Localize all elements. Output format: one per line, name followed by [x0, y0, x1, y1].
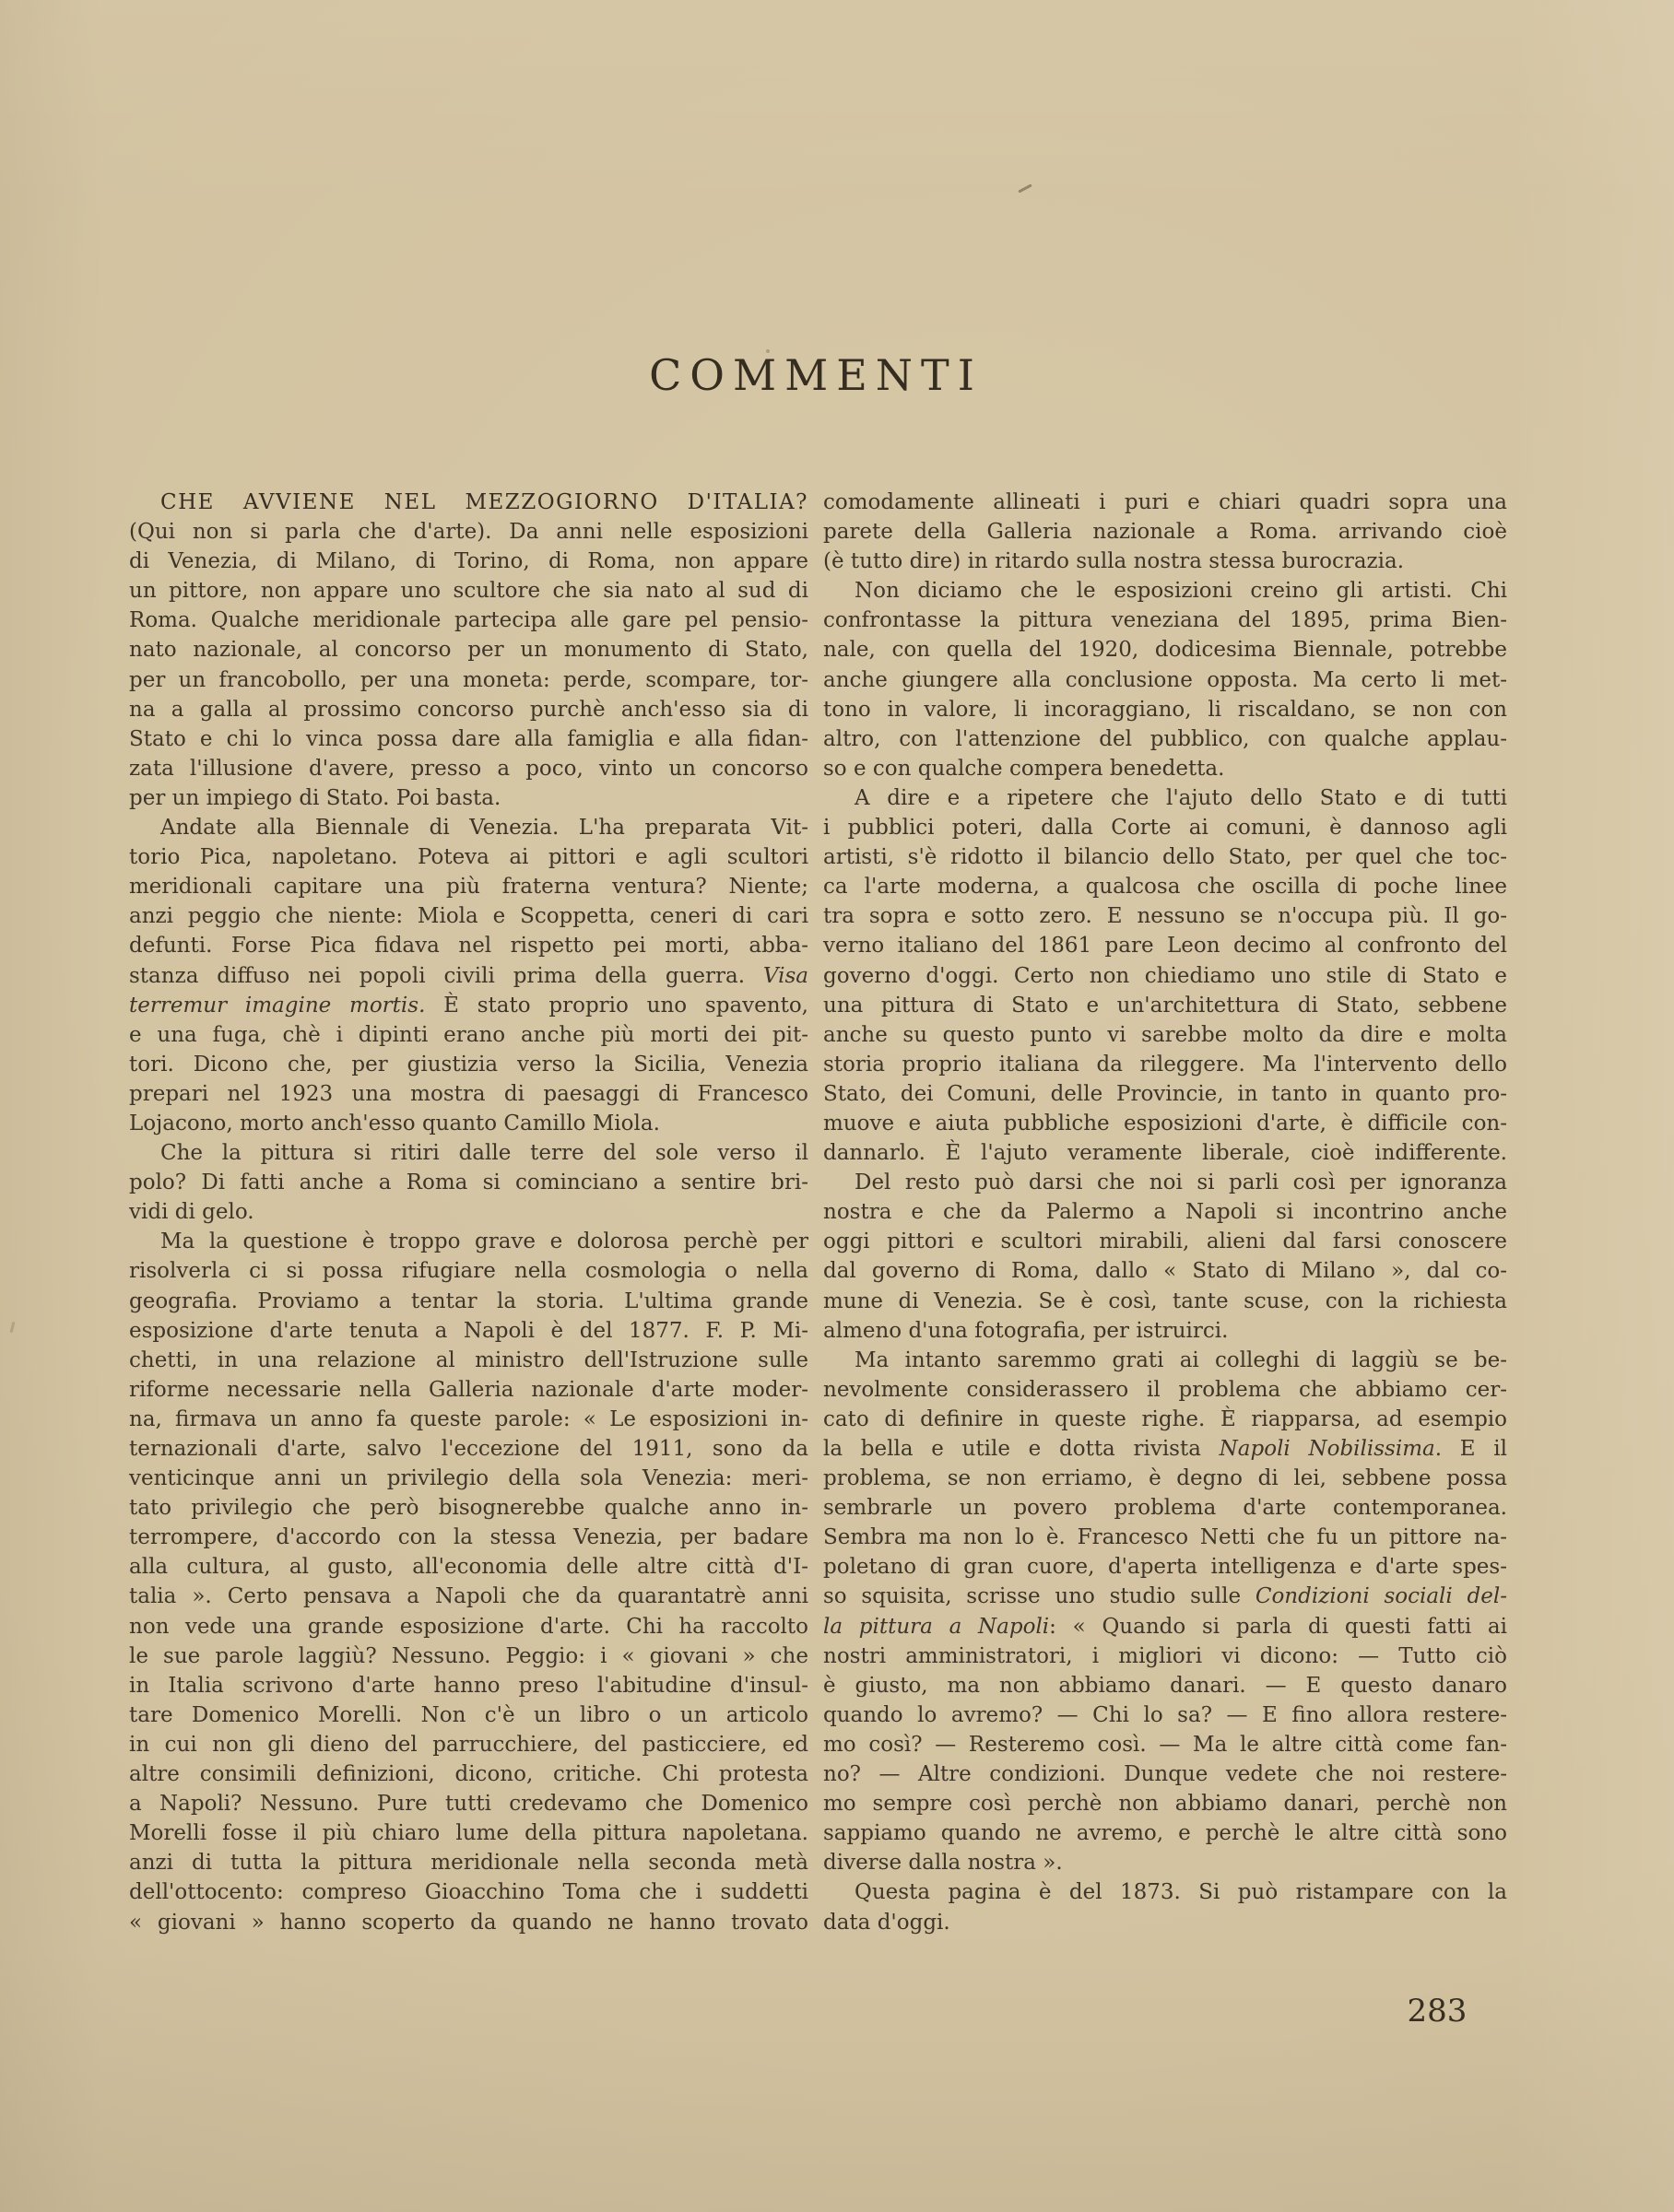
text-segment: parete della Galleria nazionale a Roma. … — [823, 520, 1507, 544]
text-segment: tato privilegio che però bisognerebbe qu… — [129, 1496, 808, 1520]
text-line: A dire e a ripetere che l'ajuto dello St… — [823, 783, 1507, 813]
text-segment: altre consimili definizioni, dicono, cri… — [129, 1762, 808, 1786]
text-segment: verno italiano del 1861 pare Leon decimo… — [823, 934, 1507, 958]
text-segment: dannarlo. È l'ajuto veramente liberale, … — [823, 1141, 1507, 1165]
text-segment: tra sopra e sotto zero. E nessuno se n'o… — [823, 904, 1507, 928]
text-segment: è giusto, ma non abbiamo danari. — E que… — [823, 1674, 1507, 1698]
text-segment: non vede una grande esposizione d'arte. … — [129, 1615, 808, 1639]
text-segment: anche su questo punto vi sarebbe molto d… — [823, 1023, 1507, 1047]
text-line: (è tutto dire) in ritardo sulla nostra s… — [823, 547, 1507, 576]
text-segment: È stato proprio uno spavento, — [425, 994, 808, 1018]
text-segment: a Napoli? Nessuno. Pure tutti credevamo … — [129, 1792, 808, 1816]
text-segment: cato di definire in queste righe. È riap… — [823, 1407, 1507, 1431]
text-line: ternazionali d'arte, salvo l'eccezione d… — [129, 1434, 808, 1464]
text-line: i pubblici poteri, dalla Corte ai comuni… — [823, 813, 1507, 842]
italic-text-segment: Visa — [763, 964, 808, 988]
text-line: nato nazionale, al concorso per un monum… — [129, 635, 808, 665]
text-line: e una fuga, chè i dipinti erano anche pi… — [129, 1020, 808, 1050]
text-line: in cui non gli dieno del parrucchiere, d… — [129, 1730, 808, 1759]
text-segment: nato nazionale, al concorso per un monum… — [129, 638, 808, 662]
text-segment: di Venezia, di Milano, di Torino, di Rom… — [129, 549, 808, 573]
text-line: polo? Di fatti anche a Roma si comincian… — [129, 1168, 808, 1197]
text-line: in Italia scrivono d'arte hanno preso l'… — [129, 1671, 808, 1700]
text-segment: : « Quando si parla di questi fatti ai — [1049, 1615, 1507, 1639]
text-line: tato privilegio che però bisognerebbe qu… — [129, 1493, 808, 1523]
text-line: tare Domenico Morelli. Non c'è un libro … — [129, 1700, 808, 1730]
text-segment: governo d'oggi. Certo non chiediamo uno … — [823, 964, 1507, 988]
text-segment: ternazionali d'arte, salvo l'eccezione d… — [129, 1437, 808, 1461]
text-line: Roma. Qualche meridionale partecipa alle… — [129, 606, 808, 635]
text-segment: nevolmente considerassero il problema ch… — [823, 1378, 1507, 1402]
text-segment: nostri amministratori, i migliori vi dic… — [823, 1644, 1507, 1668]
text-segment: prepari nel 1923 una mostra di paesaggi … — [129, 1082, 808, 1106]
text-segment: in Italia scrivono d'arte hanno preso l'… — [129, 1674, 808, 1698]
text-line: Questa pagina è del 1873. Si può ristamp… — [823, 1877, 1507, 1907]
text-line: terrompere, d'accordo con la stessa Vene… — [129, 1523, 808, 1552]
text-line: (Qui non si parla che d'arte). Da anni n… — [129, 517, 808, 547]
text-line: Che la pittura si ritiri dalle terre del… — [129, 1138, 808, 1168]
text-segment: vidi di gelo. — [129, 1200, 254, 1224]
text-line: Stato e chi lo vinca possa dare alla fam… — [129, 724, 808, 754]
text-segment: so squisita, scrisse uno studio sulle — [823, 1584, 1255, 1608]
text-segment: A dire e a ripetere che l'ajuto dello St… — [855, 786, 1507, 810]
text-line: non vede una grande esposizione d'arte. … — [129, 1612, 808, 1641]
text-line: una pittura di Stato e un'architettura d… — [823, 991, 1507, 1020]
scanned-page: COMMENTI CHE AVVIENE NEL MEZZOGIORNO D'I… — [0, 0, 1674, 2212]
text-segment: stanza diffuso nei popoli civili prima d… — [129, 964, 763, 988]
text-segment: una pittura di Stato e un'architettura d… — [823, 994, 1507, 1018]
text-line: prepari nel 1923 una mostra di paesaggi … — [129, 1079, 808, 1109]
text-segment: Ma intanto saremmo grati ai colleghi di … — [855, 1348, 1507, 1372]
text-segment: altro, con l'attenzione del pubblico, co… — [823, 727, 1507, 751]
text-line: la bella e utile e dotta rivista Napoli … — [823, 1434, 1507, 1464]
text-line: muove e aiuta pubbliche esposizioni d'ar… — [823, 1109, 1507, 1138]
text-line: chetti, in una relazione al ministro del… — [129, 1346, 808, 1375]
text-segment: Non diciamo che le esposizioni creino gl… — [855, 579, 1507, 603]
text-line: sembrarle un povero problema d'arte cont… — [823, 1493, 1507, 1523]
text-segment: storia proprio italiana da rileggere. Ma… — [823, 1053, 1507, 1077]
text-segment: dal governo di Roma, dallo « Stato di Mi… — [823, 1259, 1507, 1283]
text-segment: riforme necessarie nella Galleria nazion… — [129, 1378, 808, 1402]
text-segment: almeno d'una fotografia, per istruirci. — [823, 1319, 1228, 1343]
text-line: altro, con l'attenzione del pubblico, co… — [823, 724, 1507, 754]
text-line: diverse dalla nostra ». — [823, 1848, 1507, 1877]
text-line: « giovani » hanno scoperto da quando ne … — [129, 1908, 808, 1937]
text-line: vidi di gelo. — [129, 1197, 808, 1227]
text-line: a Napoli? Nessuno. Pure tutti credevamo … — [129, 1789, 808, 1818]
text-line: Non diciamo che le esposizioni creino gl… — [823, 576, 1507, 606]
text-segment: no? — Altre condizioni. Dunque vedete ch… — [823, 1762, 1507, 1786]
text-line: anzi di tutta la pittura meridionale nel… — [129, 1848, 808, 1877]
text-line: meridionali capitare una più fraterna ve… — [129, 872, 808, 901]
page-number: 283 — [1391, 1993, 1483, 2030]
text-line: nevolmente considerassero il problema ch… — [823, 1375, 1507, 1405]
text-line: tono in valore, li incoraggiano, li risc… — [823, 695, 1507, 724]
text-segment: e una fuga, chè i dipinti erano anche pi… — [129, 1023, 808, 1047]
text-line: dannarlo. È l'ajuto veramente liberale, … — [823, 1138, 1507, 1168]
text-segment: quando lo avremo? — Chi lo sa? — E fino … — [823, 1703, 1507, 1727]
page-title: COMMENTI — [120, 352, 1512, 399]
text-segment: diverse dalla nostra ». — [823, 1851, 1063, 1875]
text-segment: polo? Di fatti anche a Roma si comincian… — [129, 1171, 808, 1194]
text-line: problema, se non erriamo, è degno di lei… — [823, 1464, 1507, 1493]
text-line: Morelli fosse il più chiaro lume della p… — [129, 1818, 808, 1848]
text-line: stanza diffuso nei popoli civili prima d… — [129, 961, 808, 991]
text-segment: . E il — [1435, 1437, 1507, 1461]
text-line: mune di Venezia. Se è così, tante scuse,… — [823, 1287, 1507, 1316]
text-line: esposizione d'arte tenuta a Napoli è del… — [129, 1316, 808, 1346]
text-line: tra sopra e sotto zero. E nessuno se n'o… — [823, 901, 1507, 931]
text-segment: so e con qualche compera benedetta. — [823, 757, 1224, 781]
text-segment: data d'oggi. — [823, 1911, 950, 1935]
text-segment: risolverla ci si possa rifugiare nella c… — [129, 1259, 808, 1283]
text-line: Lojacono, morto anch'esso quanto Camillo… — [129, 1109, 808, 1138]
text-segment: mune di Venezia. Se è così, tante scuse,… — [823, 1289, 1507, 1313]
text-segment: per un francobollo, per una moneta: perd… — [129, 668, 808, 692]
text-line: sappiamo quando ne avremo, e perchè le a… — [823, 1818, 1507, 1848]
text-line: geografia. Proviamo a tentar la storia. … — [129, 1287, 808, 1316]
text-segment: Questa pagina è del 1873. Si può ristamp… — [855, 1880, 1507, 1904]
text-segment: Stato e chi lo vinca possa dare alla fam… — [129, 727, 808, 751]
text-segment: terrompere, d'accordo con la stessa Vene… — [129, 1525, 808, 1549]
text-line: un pittore, non appare uno scultore che … — [129, 576, 808, 606]
text-segment: Morelli fosse il più chiaro lume della p… — [129, 1821, 808, 1845]
text-segment: (è tutto dire) in ritardo sulla nostra s… — [823, 549, 1404, 573]
text-line: altre consimili definizioni, dicono, cri… — [129, 1759, 808, 1789]
text-line: nostri amministratori, i migliori vi dic… — [823, 1641, 1507, 1671]
text-segment: nostra e che da Palermo a Napoli si inco… — [823, 1200, 1507, 1224]
text-segment: Stato, dei Comuni, delle Provincie, in t… — [823, 1082, 1507, 1106]
text-segment: problema, se non erriamo, è degno di lei… — [823, 1466, 1507, 1490]
text-segment: venticinque anni un privilegio della sol… — [129, 1466, 808, 1490]
text-line: tori. Dicono che, per giustizia verso la… — [129, 1050, 808, 1079]
text-segment: la bella e utile e dotta rivista — [823, 1437, 1220, 1461]
text-line: anche giungere alla conclusione opposta.… — [823, 665, 1507, 695]
text-segment: defunti. Forse Pica fidava nel rispetto … — [129, 934, 808, 958]
text-segment: confrontasse la pittura veneziana del 18… — [823, 608, 1507, 632]
text-line: parete della Galleria nazionale a Roma. … — [823, 517, 1507, 547]
text-segment: na, firmava un anno fa queste parole: « … — [129, 1407, 808, 1431]
text-segment: Ma la questione è troppo grave e doloros… — [160, 1230, 808, 1253]
text-segment: mo sempre così perchè non abbiamo danari… — [823, 1792, 1507, 1816]
text-segment: anche giungere alla conclusione opposta.… — [823, 668, 1507, 692]
text-segment: sappiamo quando ne avremo, e perchè le a… — [823, 1821, 1507, 1845]
text-line: talia ». Certo pensava a Napoli che da q… — [129, 1582, 808, 1611]
text-segment: Sembra ma non lo è. Francesco Netti che … — [823, 1525, 1507, 1549]
text-segment: Lojacono, morto anch'esso quanto Camillo… — [129, 1112, 660, 1135]
italic-text-segment: Condizioni sociali del- — [1255, 1584, 1507, 1608]
text-line: per un impiego di Stato. Poi basta. — [129, 783, 808, 813]
text-segment: CHE AVVIENE NEL MEZZOGIORNO D'ITALIA? — [160, 490, 808, 514]
text-line: zata l'illusione d'avere, presso a poco,… — [129, 754, 808, 783]
text-line: torio Pica, napoletano. Poteva ai pittor… — [129, 842, 808, 872]
text-segment: i pubblici poteri, dalla Corte ai comuni… — [823, 816, 1507, 840]
text-line: di Venezia, di Milano, di Torino, di Rom… — [129, 547, 808, 576]
text-segment: meridionali capitare una più fraterna ve… — [129, 875, 808, 899]
text-segment: le sue parole laggiù? Nessuno. Peggio: i… — [129, 1644, 808, 1668]
text-line: venticinque anni un privilegio della sol… — [129, 1464, 808, 1493]
text-line: storia proprio italiana da rileggere. Ma… — [823, 1050, 1507, 1079]
text-line: Sembra ma non lo è. Francesco Netti che … — [823, 1523, 1507, 1552]
text-line: confrontasse la pittura veneziana del 18… — [823, 606, 1507, 635]
text-line: na, firmava un anno fa queste parole: « … — [129, 1405, 808, 1434]
text-segment: « giovani » hanno scoperto da quando ne … — [129, 1911, 808, 1935]
text-line: Andate alla Biennale di Venezia. L'ha pr… — [129, 813, 808, 842]
text-line: Stato, dei Comuni, delle Provincie, in t… — [823, 1079, 1507, 1109]
text-line: le sue parole laggiù? Nessuno. Peggio: i… — [129, 1641, 808, 1671]
text-segment: chetti, in una relazione al ministro del… — [129, 1348, 808, 1372]
text-segment: nale, con quella del 1920, dodicesima Bi… — [823, 638, 1507, 662]
text-segment: (Qui non si parla che d'arte). Da anni n… — [129, 520, 808, 544]
text-line: comodamente allineati i puri e chiari qu… — [823, 488, 1507, 517]
text-segment: in cui non gli dieno del parrucchiere, d… — [129, 1733, 808, 1757]
text-segment: zata l'illusione d'avere, presso a poco,… — [129, 757, 808, 781]
text-line: terremur imagine mortis. È stato proprio… — [129, 991, 808, 1020]
text-line: dell'ottocento: compreso Gioacchino Toma… — [129, 1877, 808, 1907]
text-segment: Che la pittura si ritiri dalle terre del… — [160, 1141, 808, 1165]
text-line: so e con qualche compera benedetta. — [823, 754, 1507, 783]
text-line: alla cultura, al gusto, all'economia del… — [129, 1552, 808, 1582]
text-segment: artisti, s'è ridotto il bilancio dello S… — [823, 845, 1507, 869]
text-segment: geografia. Proviamo a tentar la storia. … — [129, 1289, 808, 1313]
text-segment: anzi peggio che niente: Miola e Scoppett… — [129, 904, 808, 928]
text-segment: mo così? — Resteremo così. — Ma le altre… — [823, 1733, 1507, 1757]
text-line: artisti, s'è ridotto il bilancio dello S… — [823, 842, 1507, 872]
text-line: nale, con quella del 1920, dodicesima Bi… — [823, 635, 1507, 665]
text-line: la pittura a Napoli: « Quando si parla d… — [823, 1612, 1507, 1641]
text-segment: tono in valore, li incoraggiano, li risc… — [823, 698, 1507, 722]
text-segment: torio Pica, napoletano. Poteva ai pittor… — [129, 845, 808, 869]
text-line: poletano di gran cuore, d'aperta intelli… — [823, 1552, 1507, 1582]
text-line: oggi pittori e scultori mirabili, alieni… — [823, 1227, 1507, 1256]
text-line: cato di definire in queste righe. È riap… — [823, 1405, 1507, 1434]
italic-text-segment: Napoli Nobilissima — [1220, 1437, 1435, 1461]
text-line: quando lo avremo? — Chi lo sa? — E fino … — [823, 1700, 1507, 1730]
text-segment: tare Domenico Morelli. Non c'è un libro … — [129, 1703, 808, 1727]
text-segment: Roma. Qualche meridionale partecipa alle… — [129, 608, 808, 632]
text-line: no? — Altre condizioni. Dunque vedete ch… — [823, 1759, 1507, 1789]
text-segment: un pittore, non appare uno scultore che … — [129, 579, 808, 603]
text-line: risolverla ci si possa rifugiare nella c… — [129, 1256, 808, 1286]
italic-text-segment: terremur imagine mortis. — [129, 994, 425, 1018]
text-line: almeno d'una fotografia, per istruirci. — [823, 1316, 1507, 1346]
text-segment: muove e aiuta pubbliche esposizioni d'ar… — [823, 1112, 1507, 1135]
text-line: per un francobollo, per una moneta: perd… — [129, 665, 808, 695]
text-line: data d'oggi. — [823, 1908, 1507, 1937]
text-segment: tori. Dicono che, per giustizia verso la… — [129, 1053, 808, 1077]
text-segment: esposizione d'arte tenuta a Napoli è del… — [129, 1319, 808, 1343]
text-line: mo sempre così perchè non abbiamo danari… — [823, 1789, 1507, 1818]
text-segment: Andate alla Biennale di Venezia. L'ha pr… — [160, 816, 808, 840]
text-segment: dell'ottocento: compreso Gioacchino Toma… — [129, 1880, 808, 1904]
text-segment: Del resto può darsi che noi si parli cos… — [855, 1171, 1507, 1194]
left-column: CHE AVVIENE NEL MEZZOGIORNO D'ITALIA?(Qu… — [129, 488, 808, 1937]
text-line: mo così? — Resteremo così. — Ma le altre… — [823, 1730, 1507, 1759]
right-column: comodamente allineati i puri e chiari qu… — [823, 488, 1507, 1937]
text-segment: sembrarle un povero problema d'arte cont… — [823, 1496, 1507, 1520]
text-line: dal governo di Roma, dallo « Stato di Mi… — [823, 1256, 1507, 1286]
text-line: Del resto può darsi che noi si parli cos… — [823, 1168, 1507, 1197]
text-line: na a galla al prossimo concorso purchè a… — [129, 695, 808, 724]
paper-speck — [766, 349, 770, 353]
text-segment: anzi di tutta la pittura meridionale nel… — [129, 1851, 808, 1875]
text-segment: oggi pittori e scultori mirabili, alieni… — [823, 1230, 1507, 1253]
paper-speck — [10, 1322, 16, 1333]
text-line: verno italiano del 1861 pare Leon decimo… — [823, 931, 1507, 960]
text-line: Ma la questione è troppo grave e doloros… — [129, 1227, 808, 1256]
text-line: è giusto, ma non abbiamo danari. — E que… — [823, 1671, 1507, 1700]
text-segment: per un impiego di Stato. Poi basta. — [129, 786, 501, 810]
text-segment: ca l'arte moderna, a qualcosa che oscill… — [823, 875, 1507, 899]
text-segment: poletano di gran cuore, d'aperta intelli… — [823, 1555, 1507, 1579]
paper-speck — [1018, 183, 1032, 193]
text-line: defunti. Forse Pica fidava nel rispetto … — [129, 931, 808, 960]
text-line: riforme necessarie nella Galleria nazion… — [129, 1375, 808, 1405]
text-line: so squisita, scrisse uno studio sulle Co… — [823, 1582, 1507, 1611]
italic-text-segment: la pittura a Napoli — [823, 1615, 1049, 1639]
text-segment: talia ». Certo pensava a Napoli che da q… — [129, 1584, 808, 1608]
text-segment: na a galla al prossimo concorso purchè a… — [129, 698, 808, 722]
text-line: Ma intanto saremmo grati ai colleghi di … — [823, 1346, 1507, 1375]
text-line: anche su questo punto vi sarebbe molto d… — [823, 1020, 1507, 1050]
text-line: nostra e che da Palermo a Napoli si inco… — [823, 1197, 1507, 1227]
text-segment: alla cultura, al gusto, all'economia del… — [129, 1555, 808, 1579]
text-line: anzi peggio che niente: Miola e Scoppett… — [129, 901, 808, 931]
text-line: CHE AVVIENE NEL MEZZOGIORNO D'ITALIA? — [129, 488, 808, 517]
text-line: ca l'arte moderna, a qualcosa che oscill… — [823, 872, 1507, 901]
text-segment: comodamente allineati i puri e chiari qu… — [823, 490, 1507, 514]
text-line: governo d'oggi. Certo non chiediamo uno … — [823, 961, 1507, 991]
